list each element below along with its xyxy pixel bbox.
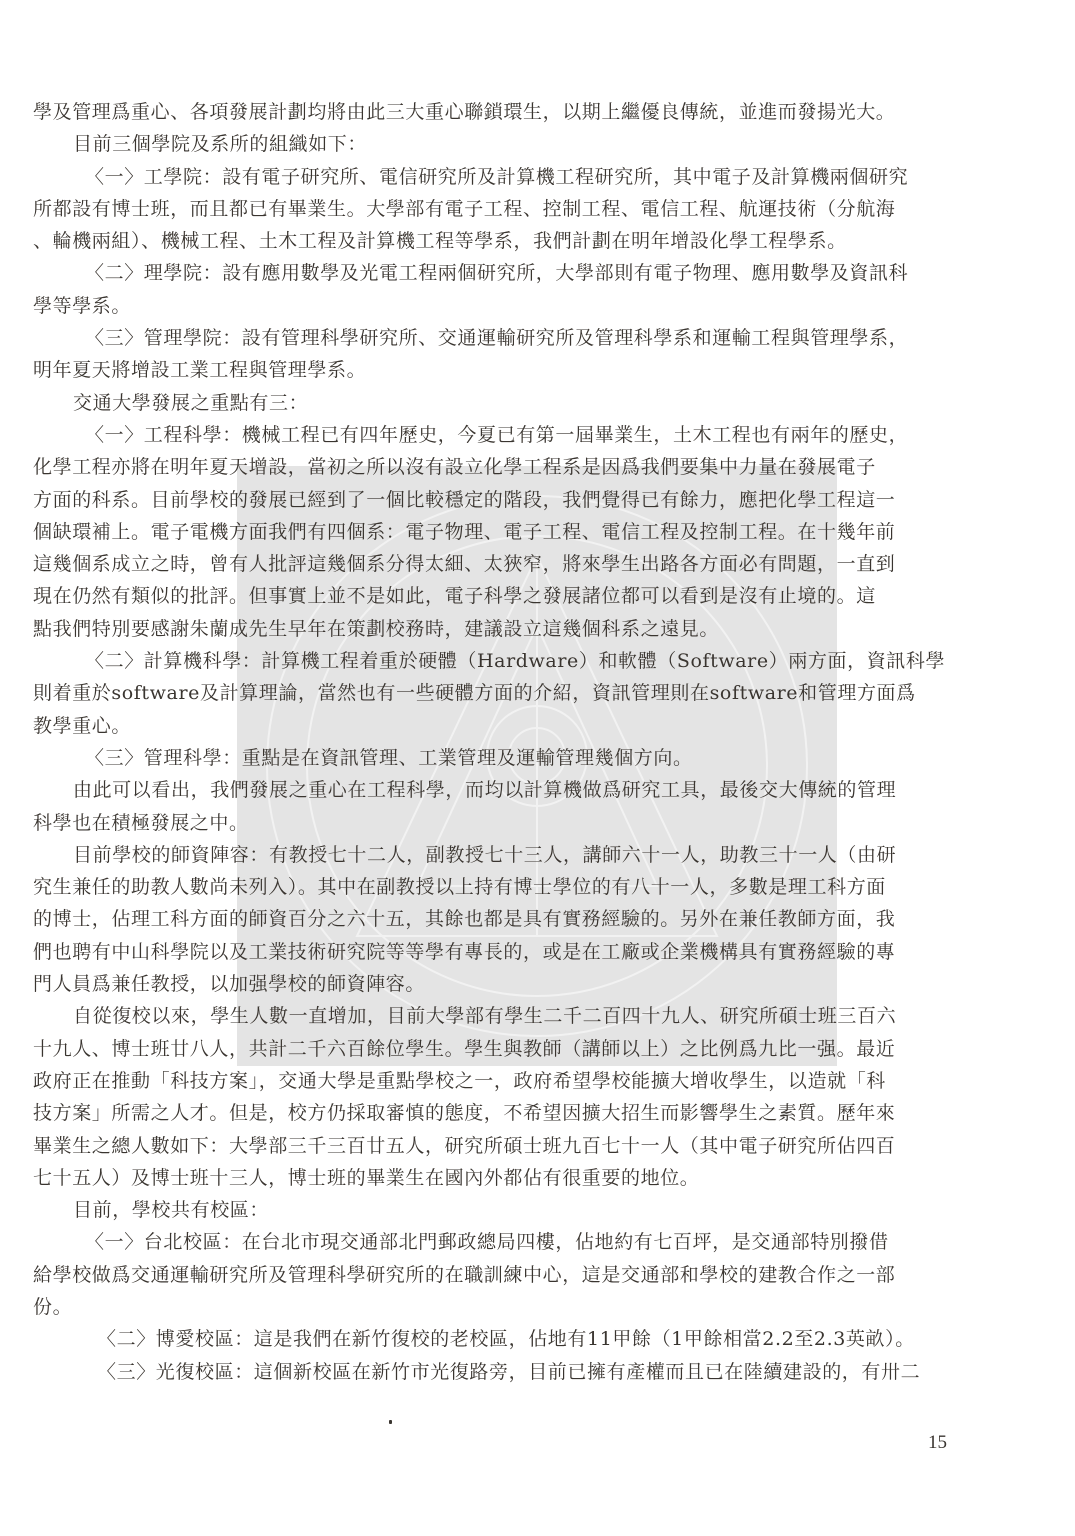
text-line: 〈三〉管理科學：重點是在資訊管理、工業管理及運輸管理幾個方向。: [33, 742, 953, 774]
text-line: 自從復校以來，學生人數一直增加，目前大學部有學生二千二百四十九人、研究所碩士班三…: [33, 1000, 953, 1032]
text-line: 個缺環補上。電子電機方面我們有四個系：電子物理、電子工程、電信工程及控制工程。在…: [33, 516, 953, 548]
text-line: 〈一〉台北校區：在台北市現交通部北門郵政總局四樓，佔地約有七百坪，是交通部特別撥…: [33, 1226, 953, 1258]
text-line: 政府正在推動「科技方案」，交通大學是重點學校之一，政府希望學校能擴大增收學生，以…: [33, 1065, 953, 1097]
text-line: 目前，學校共有校區：: [33, 1194, 953, 1226]
text-line: 明年夏天將增設工業工程與管理學系。: [33, 354, 953, 386]
text-line: 科學也在積極發展之中。: [33, 807, 953, 839]
text-line: 們也聘有中山科學院以及工業技術研究院等等學有專長的，或是在工廠或企業機構具有實務…: [33, 936, 953, 968]
text-line: 〈三〉管理學院：設有管理科學研究所、交通運輸研究所及管理科學系和運輸工程與管理學…: [33, 322, 953, 354]
text-line: 這幾個系成立之時，曾有人批評這幾個系分得太細、太狹窄，將來學生出路各方面必有問題…: [33, 548, 953, 580]
text-line: 究生兼任的助教人數尚未列入）。其中在副教授以上持有博士學位的有八十一人，多數是理…: [33, 871, 953, 903]
text-line: 十九人、博士班廿八人，共計二千六百餘位學生。學生與教師（講師以上）之比例爲九比一…: [33, 1033, 953, 1065]
text-line: 技方案」所需之人才。但是，校方仍採取審慎的態度，不希望因擴大招生而影響學生之素質…: [33, 1097, 953, 1129]
text-line: 則着重於software及計算理論，當然也有一些硬體方面的介紹，資訊管理則在so…: [33, 677, 953, 709]
text-line: 由此可以看出，我們發展之重心在工程科學，而均以計算機做爲研究工具，最後交大傳統的…: [33, 774, 953, 806]
text-line: 目前學校的師資陣容：有教授七十二人，副教授七十三人，講師六十一人，助教三十一人（…: [33, 839, 953, 871]
text-line: 〈二〉計算機科學：計算機工程着重於硬體（Hardware）和軟體（Softwar…: [33, 645, 953, 677]
scan-speck: [389, 1420, 392, 1424]
text-line: 學等學系。: [33, 290, 953, 322]
text-line: 給學校做爲交通運輸研究所及管理科學研究所的在職訓練中心，這是交通部和學校的建教合…: [33, 1259, 953, 1291]
text-line: 現在仍然有類似的批評。但事實上並不是如此，電子科學之發展諸位都可以看到是沒有止境…: [33, 580, 953, 612]
text-line: 〈一〉工學院：設有電子研究所、電信研究所及計算機工程研究所，其中電子及計算機兩個…: [33, 161, 953, 193]
text-line: 、輪機兩組）、機械工程、土木工程及計算機工程等學系，我們計劃在明年增設化學工程學…: [33, 225, 953, 257]
text-line: 方面的科系。目前學校的發展已經到了一個比較穩定的階段，我們覺得已有餘力，應把化學…: [33, 484, 953, 516]
text-line: 份。: [33, 1291, 953, 1323]
page-number: 15: [928, 1432, 947, 1454]
text-line: 目前三個學院及系所的組織如下：: [33, 128, 953, 160]
text-line: 〈二〉理學院：設有應用數學及光電工程兩個研究所，大學部則有電子物理、應用數學及資…: [33, 257, 953, 289]
text-line: 學及管理爲重心、各項發展計劃均將由此三大重心聯鎖環生，以期上繼優良傳統，並進而發…: [33, 96, 953, 128]
text-line: 〈三〉光復校區：這個新校區在新竹市光復路旁，目前已擁有產權而且已在陸續建設的，有…: [33, 1356, 953, 1388]
text-line: 七十五人）及博士班十三人，博士班的畢業生在國內外都佔有很重要的地位。: [33, 1162, 953, 1194]
text-line: 所都設有博士班，而且都已有畢業生。大學部有電子工程、控制工程、電信工程、航運技術…: [33, 193, 953, 225]
text-line: 教學重心。: [33, 710, 953, 742]
page-body: 學及管理爲重心、各項發展計劃均將由此三大重心聯鎖環生，以期上繼優良傳統，並進而發…: [33, 96, 953, 1388]
text-line: 交通大學發展之重點有三：: [33, 387, 953, 419]
text-line: 點我們特別要感謝朱蘭成先生早年在策劃校務時，建議設立這幾個科系之遠見。: [33, 613, 953, 645]
text-line: 化學工程亦將在明年夏天增設，當初之所以沒有設立化學工程系是因爲我們要集中力量在發…: [33, 451, 953, 483]
text-line: 的博士，佔理工科方面的師資百分之六十五，其餘也都是具有實務經驗的。另外在兼任教師…: [33, 903, 953, 935]
text-line: 畢業生之總人數如下：大學部三千三百廿五人，研究所碩士班九百七十一人（其中電子研究…: [33, 1130, 953, 1162]
text-line: 門人員爲兼任教授，以加强學校的師資陣容。: [33, 968, 953, 1000]
text-line: 〈一〉工程科學：機械工程已有四年歷史，今夏已有第一屆畢業生，土木工程也有兩年的歷…: [33, 419, 953, 451]
text-line: 〈二〉博愛校區：這是我們在新竹復校的老校區，佔地有11甲餘（1甲餘相當2.2至2…: [33, 1323, 953, 1355]
